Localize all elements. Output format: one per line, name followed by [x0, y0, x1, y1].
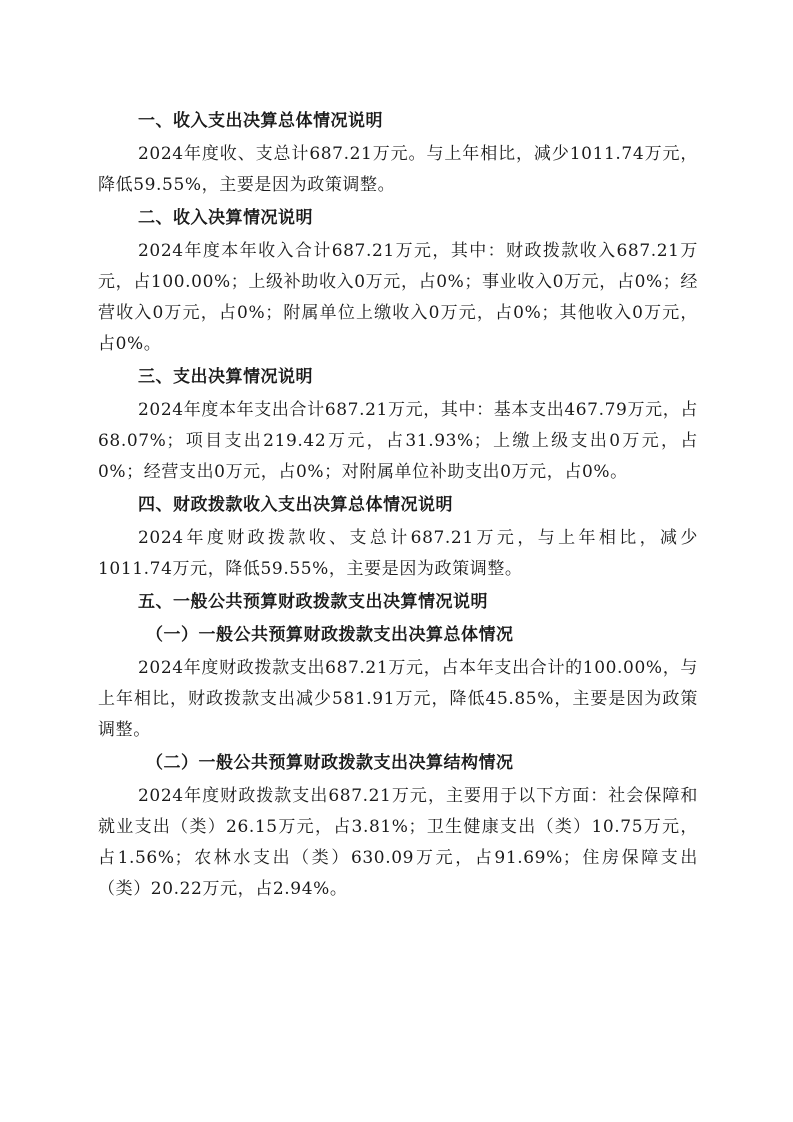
section-paragraph-1: 2024年度收、支总计687.21万元。与上年相比，减少1011.74万元，降低… — [98, 139, 698, 201]
subsection-paragraph-5-2: 2024年度财政拨款支出687.21万元，主要用于以下方面：社会保障和就业支出（… — [98, 781, 698, 905]
section-paragraph-2: 2024年度本年收入合计687.21万元，其中：财政拨款收入687.21万元，占… — [98, 236, 698, 360]
subsection-heading-5-1: （一）一般公共预算财政拨款支出决算总体情况 — [98, 620, 698, 651]
section-heading-3: 三、支出决算情况说明 — [98, 362, 698, 393]
section-paragraph-3: 2024年度本年支出合计687.21万元，其中：基本支出467.79万元，占68… — [98, 395, 698, 488]
section-heading-2: 二、收入决算情况说明 — [98, 203, 698, 234]
section-heading-4: 四、财政拨款收入支出决算总体情况说明 — [98, 490, 698, 521]
subsection-paragraph-5-1: 2024年度财政拨款支出687.21万元，占本年支出合计的100.00%，与上年… — [98, 653, 698, 746]
section-heading-5: 五、一般公共预算财政拨款支出决算情况说明 — [98, 587, 698, 618]
document-page: 一、收入支出决算总体情况说明 2024年度收、支总计687.21万元。与上年相比… — [98, 106, 698, 907]
section-heading-1: 一、收入支出决算总体情况说明 — [98, 106, 698, 137]
subsection-heading-5-2: （二）一般公共预算财政拨款支出决算结构情况 — [98, 748, 698, 779]
section-paragraph-4: 2024年度财政拨款收、支总计687.21万元，与上年相比，减少1011.74万… — [98, 523, 698, 585]
